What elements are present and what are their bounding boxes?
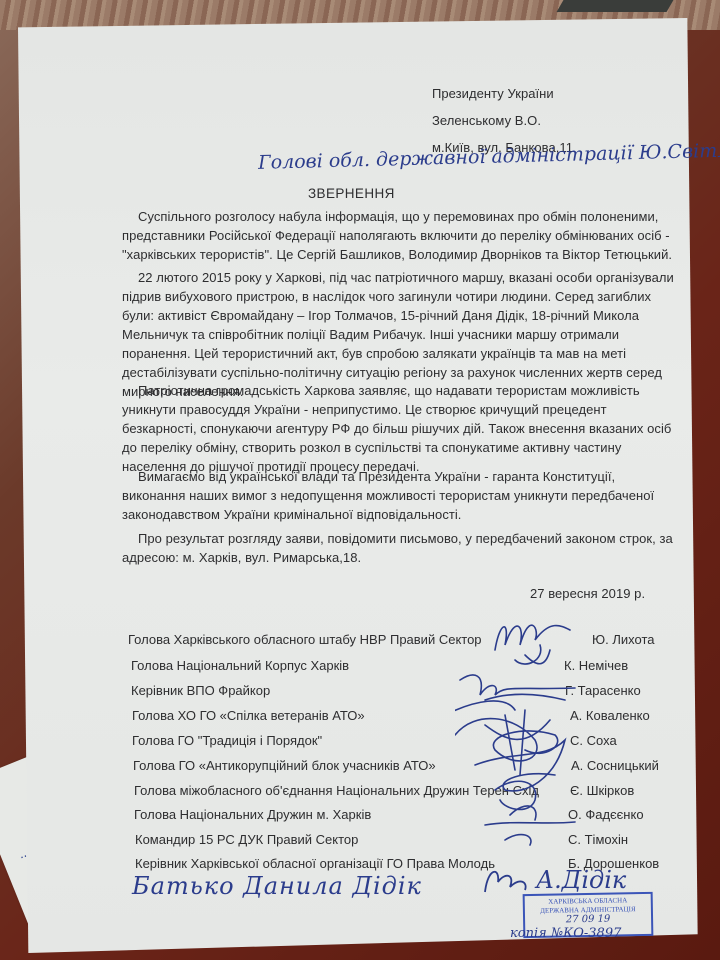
signatory-role: Голова ГО "Традиція і Порядок" <box>132 733 322 748</box>
paragraph-4: Вимагаємо від української влади та Прези… <box>122 467 682 524</box>
paragraph-1: Суспільного розголосу набула інформація,… <box>122 207 682 264</box>
signatory-role: Командир 15 РС ДУК Правий Сектор <box>135 832 358 847</box>
handwritten-signature-didik: А.Дідік <box>536 866 626 894</box>
signatory-role: Керівник ВПО Фрайкор <box>131 683 270 698</box>
signatory-role: Голова Національний Корпус Харків <box>131 658 349 673</box>
paragraph-1-text: Суспільного розголосу набула інформація,… <box>122 207 682 264</box>
stamp-registration-number: копія №КО-3897 <box>510 926 621 941</box>
paragraph-3-text: Патріотична громадськість Харкова заявля… <box>122 381 682 476</box>
paragraph-5-text: Про результат розгляду заяви, повідомити… <box>122 529 682 567</box>
signatory-role: Голова ХО ГО «Спілка ветеранів АТО» <box>132 708 365 723</box>
paragraph-5: Про результат розгляду заяви, повідомити… <box>122 529 682 567</box>
dark-object-corner <box>557 0 674 12</box>
signatory-role: Голова Харківського обласного штабу НВР … <box>128 632 482 647</box>
document-title: ЗВЕРНЕННЯ <box>308 184 395 203</box>
recipient-line-1: Президенту України <box>432 84 554 103</box>
handwritten-parent-note: Батько Данила Дідік <box>132 872 422 900</box>
signatory-role: Голова Національних Дружин м. Харків <box>134 807 371 822</box>
signatory-role: Керівник Харківської обласної організаці… <box>135 856 495 871</box>
paragraph-3: Патріотична громадськість Харкова заявля… <box>122 381 682 476</box>
signatures-scribble-icon <box>455 600 655 870</box>
paragraph-4-text: Вимагаємо від української влади та Прези… <box>122 467 682 524</box>
recipient-line-2: Зеленському В.О. <box>432 111 541 130</box>
signatory-role: Голова ГО «Антикорупційний блок учасникі… <box>133 758 436 773</box>
signature-scribble-icon <box>480 862 530 898</box>
